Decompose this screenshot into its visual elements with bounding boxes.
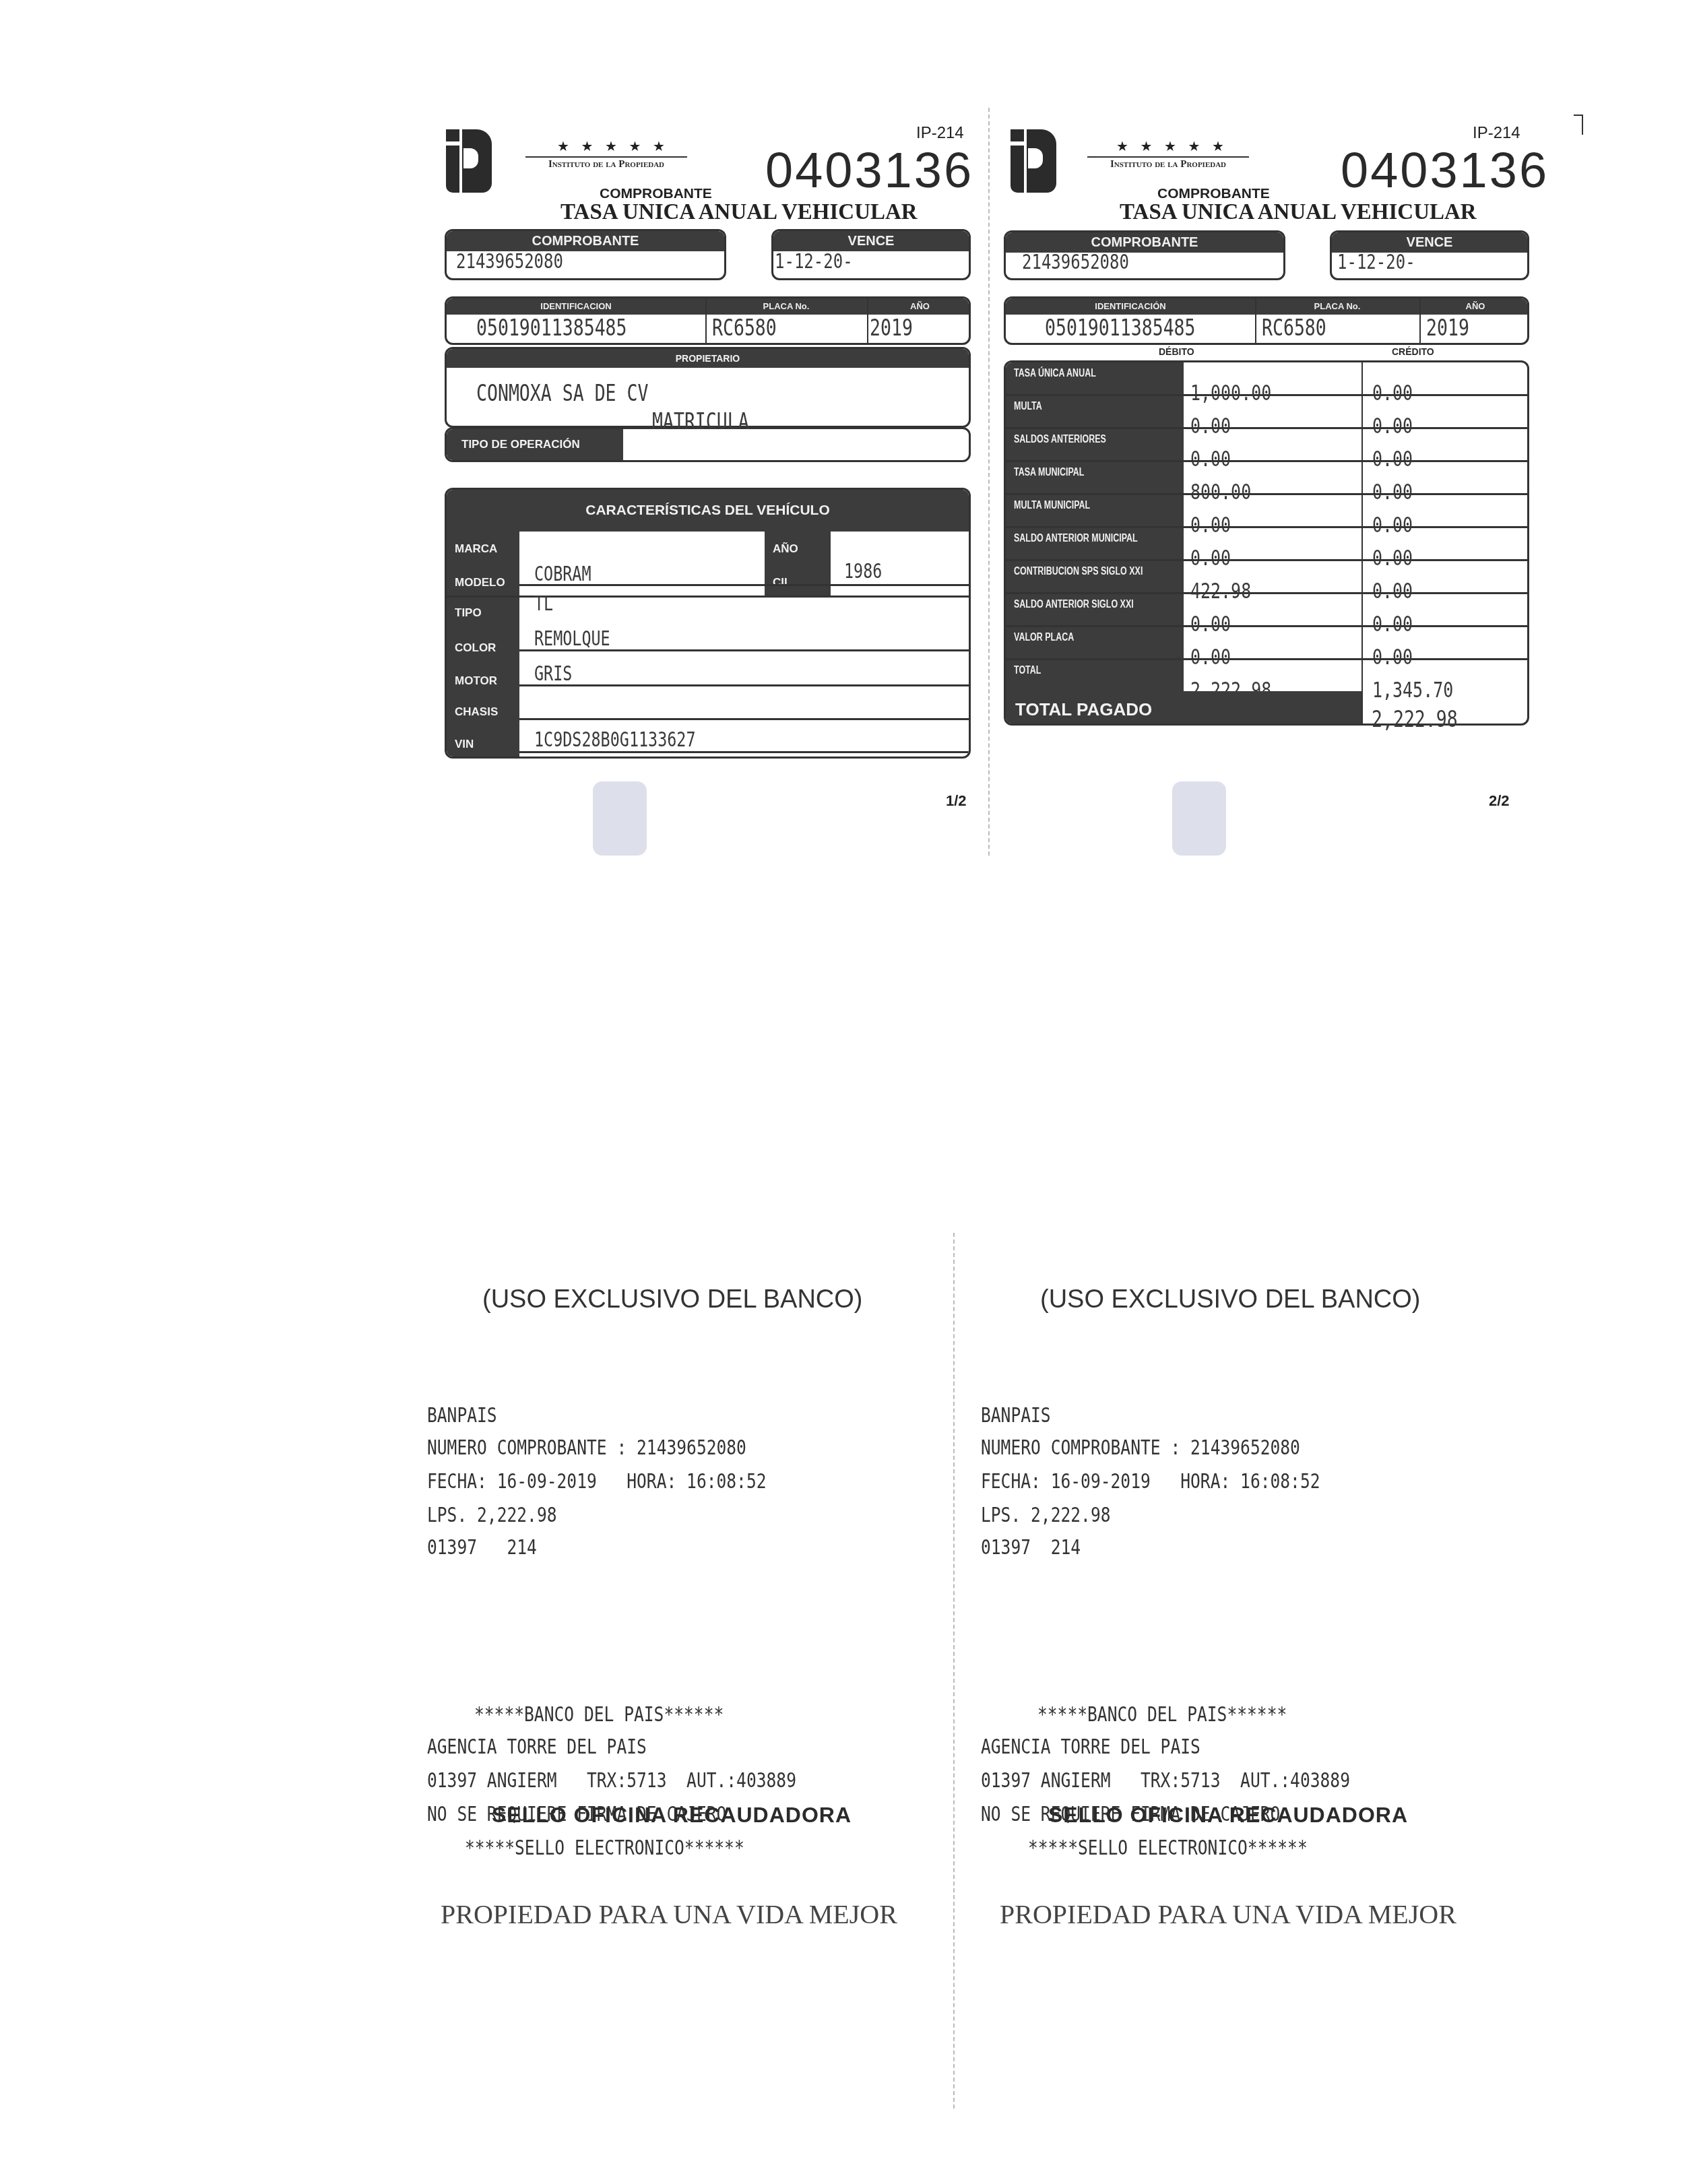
receipt-datetime: FECHA: 16-09-2019 HORA: 16:08:52 xyxy=(981,1470,1320,1494)
receipt-amount: LPS. 2,222.98 xyxy=(427,1504,557,1527)
anio-vehiculo-value: 1986 xyxy=(844,560,882,583)
page-number: 1/2 xyxy=(946,792,967,810)
electronic-seal: *****SELLO ELECTRONICO****** xyxy=(1028,1836,1308,1860)
charge-label: MULTA xyxy=(1014,401,1145,413)
office-seal-stamp: SELLO OFICINA RECAUDADORA xyxy=(1048,1803,1408,1828)
motto: PROPIEDAD PARA UNA VIDA MEJOR xyxy=(441,1898,897,1930)
credit-value: 0.00 xyxy=(1372,512,1413,538)
receipt-datetime: FECHA: 16-09-2019 HORA: 16:08:52 xyxy=(427,1470,767,1494)
charge-label: SALDOS ANTERIORES xyxy=(1014,434,1145,446)
debit-header: DÉBITO xyxy=(1159,346,1194,357)
electronic-seal: *****SELLO ELECTRONICO****** xyxy=(465,1836,744,1860)
stars-icon: ★ ★ ★ ★ ★ xyxy=(532,138,694,155)
credit-value: 0.00 xyxy=(1372,446,1413,472)
tipo-value: REMOLQUE xyxy=(534,627,610,651)
receipt-number: NUMERO COMPROBANTE : 21439652080 xyxy=(427,1436,746,1460)
vence-field: VENCE 1-12-20- xyxy=(771,229,971,280)
vence-field: VENCE 1-12-20- xyxy=(1330,230,1529,280)
debit-value: 0.00 xyxy=(1190,512,1231,538)
bank-use-header: (USO EXCLUSIVO DEL BANCO) xyxy=(1040,1285,1421,1314)
propietario-value: CONMOXA SA DE CV xyxy=(476,380,648,407)
charge-label: VALOR PLACA xyxy=(1014,632,1145,644)
debit-value: 0.00 xyxy=(1190,545,1231,571)
debit-value: 0.00 xyxy=(1190,413,1231,439)
debit-value: 0.00 xyxy=(1190,644,1231,670)
corner-mark xyxy=(1574,115,1583,135)
page-number: 2/2 xyxy=(1489,792,1510,810)
watermark-stamp xyxy=(593,781,647,856)
identificacion-value: 05019011385485 xyxy=(476,315,627,342)
receipt-agency: AGENCIA TORRE DEL PAIS xyxy=(427,1735,647,1759)
motto: PROPIEDAD PARA UNA VIDA MEJOR xyxy=(1000,1898,1456,1930)
stars-icon: ★ ★ ★ ★ ★ xyxy=(1091,138,1253,155)
bank-use-header: (USO EXCLUSIVO DEL BANCO) xyxy=(482,1285,863,1314)
total-pagado-label: TOTAL PAGADO xyxy=(1006,691,1361,726)
vin-value: 1C9DS28B0G1133627 xyxy=(534,728,695,752)
receipt-divider xyxy=(953,1233,955,2109)
credit-value: 0.00 xyxy=(1372,611,1413,637)
ip-logo-icon xyxy=(1008,127,1056,194)
comprobante-field: COMPROBANTE 21439652080 xyxy=(1004,230,1285,280)
debit-value: 800.00 xyxy=(1190,479,1251,505)
credit-value: 0.00 xyxy=(1372,479,1413,505)
tipo-operacion-value: MATRICULA xyxy=(652,408,749,435)
form-title: TASA UNICA ANUAL VEHICULAR xyxy=(560,200,918,225)
receipt-code: 01397 214 xyxy=(981,1536,1081,1560)
institution-name: Instituto de la Propiedad xyxy=(1087,156,1249,170)
charge-label: CONTRIBUCION SPS SIGLO XXI xyxy=(1014,566,1145,578)
form-title: TASA UNICA ANUAL VEHICULAR xyxy=(1120,200,1477,225)
charge-label: SALDO ANTERIOR MUNICIPAL xyxy=(1014,533,1145,545)
credit-value: 1,345.70 xyxy=(1372,677,1453,703)
credit-header: CRÉDITO xyxy=(1392,346,1434,357)
bank-name: BANPAIS xyxy=(981,1404,1051,1427)
placa-value: RC6580 xyxy=(712,315,777,342)
debit-value: 1,000.00 xyxy=(1190,380,1271,406)
ip-logo-icon xyxy=(443,127,492,194)
charges-table: TASA ÚNICA ANUAL1,000.000.00MULTA0.000.0… xyxy=(1004,360,1529,726)
debit-value: 422.98 xyxy=(1190,578,1251,604)
credit-value: 0.00 xyxy=(1372,380,1413,406)
comprobante-field: COMPROBANTE 21439652080 xyxy=(445,229,726,280)
receipt-transaction: 01397 ANGIERM TRX:5713 AUT.:403889 xyxy=(981,1769,1350,1793)
identificacion-row: IDENTIFICACIÓN PLACA No. AÑO 05019011385… xyxy=(1004,296,1529,345)
marca-value: COBRAM xyxy=(534,563,591,586)
receipt-number: NUMERO COMPROBANTE : 21439652080 xyxy=(981,1436,1300,1460)
charge-label: SALDO ANTERIOR SIGLO XXI xyxy=(1014,599,1145,611)
modelo-value: TL xyxy=(534,592,553,616)
charge-label: TASA MUNICIPAL xyxy=(1014,467,1145,479)
receipt-banner: *****BANCO DEL PAIS****** xyxy=(1037,1703,1287,1727)
charge-label: TOTAL xyxy=(1014,665,1145,677)
receipt-transaction: 01397 ANGIERM TRX:5713 AUT.:403889 xyxy=(427,1769,796,1793)
form-code: IP-214 xyxy=(1473,124,1520,143)
credit-value: 0.00 xyxy=(1372,545,1413,571)
debit-value: 0.00 xyxy=(1190,611,1231,637)
receipt-amount: LPS. 2,222.98 xyxy=(981,1504,1111,1527)
identificacion-row: IDENTIFICACION PLACA No. AÑO 05019011385… xyxy=(445,296,971,345)
form-code: IP-214 xyxy=(916,124,964,143)
page-divider xyxy=(988,108,990,856)
watermark-stamp xyxy=(1172,781,1226,856)
debit-value: 0.00 xyxy=(1190,446,1231,472)
institution-name: Instituto de la Propiedad xyxy=(525,156,687,170)
receipt-banner: *****BANCO DEL PAIS****** xyxy=(474,1703,724,1727)
receipt-code: 01397 214 xyxy=(427,1536,537,1560)
credit-value: 0.00 xyxy=(1372,644,1413,670)
office-seal-stamp: SELLO OFICINA RECAUDADORA xyxy=(492,1803,852,1828)
anio-value: 2019 xyxy=(870,315,913,342)
bank-name: BANPAIS xyxy=(427,1404,497,1427)
receipt-agency: AGENCIA TORRE DEL PAIS xyxy=(981,1735,1200,1759)
folio-number: 0403136 xyxy=(765,141,973,199)
total-pagado-value: 2,222.98 xyxy=(1372,706,1458,733)
charge-label: MULTA MUNICIPAL xyxy=(1014,500,1145,512)
folio-number: 0403136 xyxy=(1341,141,1549,199)
charge-label: TASA ÚNICA ANUAL xyxy=(1014,368,1145,380)
credit-value: 0.00 xyxy=(1372,578,1413,604)
vehicle-characteristics: CARACTERÍSTICAS DEL VEHÍCULO MARCA MODEL… xyxy=(445,488,971,759)
credit-value: 0.00 xyxy=(1372,413,1413,439)
color-value: GRIS xyxy=(534,662,572,686)
